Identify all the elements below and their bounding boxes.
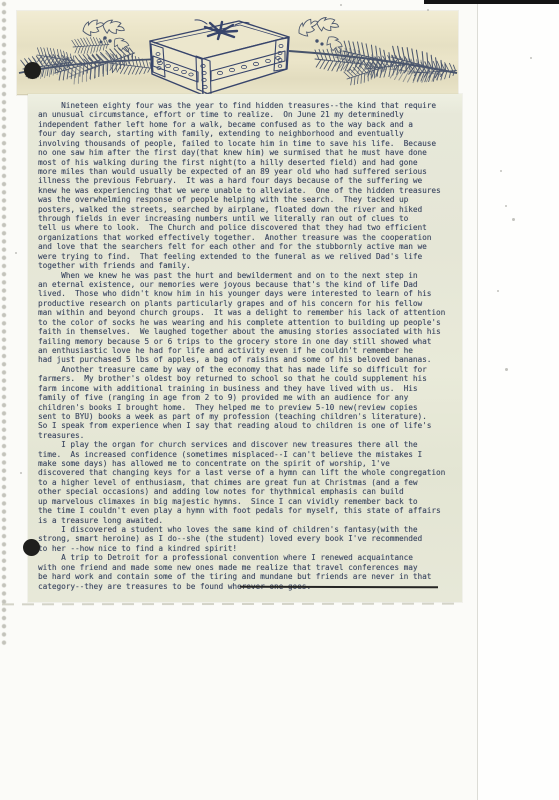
wooden-crate-icon bbox=[150, 20, 289, 95]
letter-paragraph-4: I play the organ for church services and… bbox=[38, 440, 458, 525]
scan-artifact-bar bbox=[424, 0, 559, 4]
holly-left-icon bbox=[81, 18, 133, 57]
scanned-letter-page: Nineteen eighty four was the year to fin… bbox=[0, 0, 559, 800]
scanner-background bbox=[478, 0, 559, 800]
letter-body-paper: Nineteen eighty four was the year to fin… bbox=[28, 94, 462, 602]
hole-punch-dot bbox=[23, 539, 40, 556]
paper-edge-ragged-line bbox=[2, 603, 458, 606]
letter-paragraph-3: Another treasure came by way of the econ… bbox=[38, 365, 458, 440]
dust-speck bbox=[505, 368, 508, 371]
perforated-edge bbox=[0, 0, 10, 648]
dust-speck bbox=[15, 252, 17, 254]
dust-speck bbox=[530, 57, 532, 59]
hole-punch-dot bbox=[24, 62, 41, 79]
letter-paragraph-2: When we knew he was past the hurt and be… bbox=[38, 271, 458, 365]
holiday-garland-crate-illustration bbox=[17, 11, 458, 94]
holly-right-icon bbox=[296, 16, 346, 57]
dust-speck bbox=[505, 205, 507, 207]
pine-branch-right-icon bbox=[289, 39, 457, 87]
letter-paragraph-1: Nineteen eighty four was the year to fin… bbox=[38, 101, 458, 271]
page-edge-line bbox=[477, 3, 478, 800]
dust-speck bbox=[20, 472, 22, 474]
dust-speck bbox=[500, 170, 502, 172]
dust-speck bbox=[340, 4, 342, 6]
holiday-header-strip bbox=[17, 11, 458, 95]
dust-speck bbox=[512, 218, 515, 221]
letter-paragraph-5: I discovered a student who loves the sam… bbox=[38, 525, 458, 553]
pine-branch-left-icon bbox=[19, 36, 159, 87]
dust-speck bbox=[497, 290, 499, 292]
dust-speck bbox=[427, 9, 429, 11]
